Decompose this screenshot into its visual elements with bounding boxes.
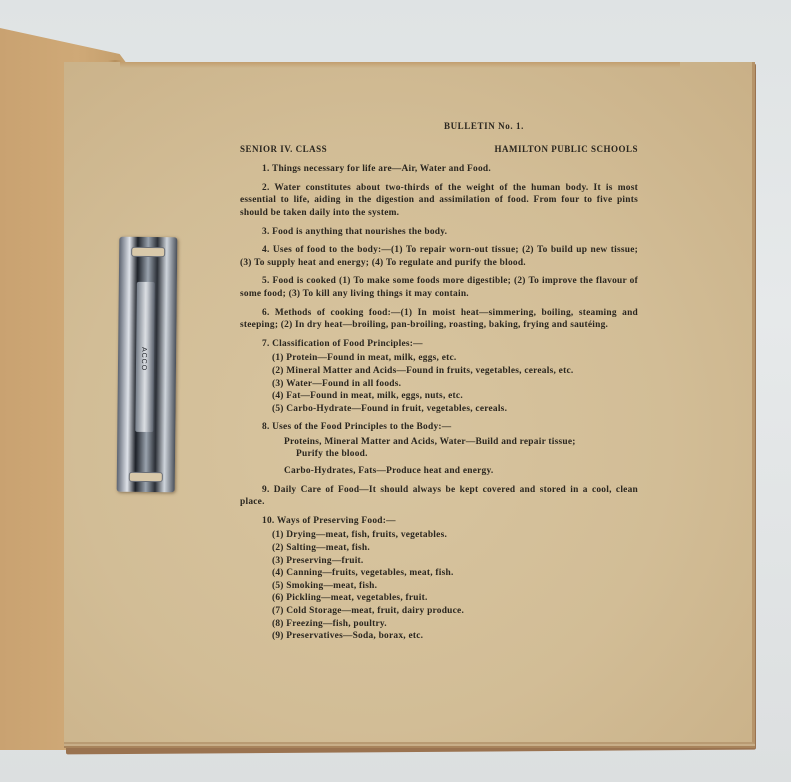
list-item: (6) Pickling—meat, vegetables, fruit. (272, 592, 638, 605)
bulletin-content: BULLETIN No. 1. SENIOR IV. CLASS HAMILTO… (240, 120, 638, 649)
item-6: 6. Methods of cooking food:—(1) In moist… (240, 307, 638, 332)
list-item: (2) Salting—meat, fish. (272, 542, 638, 555)
uses-line-2: Carbo-Hydrates, Fats—Produce heat and en… (284, 465, 638, 478)
list-item: (5) Carbo-Hydrate—Found in fruit, vegeta… (272, 403, 638, 416)
class-label: SENIOR IV. CLASS (240, 143, 327, 156)
item-2: 2. Water constitutes about two-thirds of… (240, 182, 638, 220)
list-item: (4) Fat—Found in meat, milk, eggs, nuts,… (272, 390, 638, 403)
school-name: HAMILTON PUBLIC SCHOOLS (494, 143, 638, 156)
food-principle-uses: Proteins, Mineral Matter and Acids, Wate… (240, 436, 638, 478)
item-1: 1. Things necessary for life are—Air, Wa… (240, 163, 638, 176)
preserving-methods-list: (1) Drying—meat, fish, fruits, vegetable… (272, 529, 638, 642)
list-item: (3) Preserving—fruit. (272, 555, 638, 568)
uses-line-1: Proteins, Mineral Matter and Acids, Wate… (284, 436, 638, 461)
list-item: (1) Protein—Found in meat, milk, eggs, e… (272, 352, 638, 365)
header-row: SENIOR IV. CLASS HAMILTON PUBLIC SCHOOLS (240, 143, 638, 156)
uses-line-1-continuation: Purify the blood. (284, 448, 638, 461)
list-item: (8) Freezing—fish, poultry. (272, 618, 638, 631)
list-item: (1) Drying—meat, fish, fruits, vegetable… (272, 529, 638, 542)
list-item: (3) Water—Found in all foods. (272, 378, 638, 391)
item-3: 3. Food is anything that nourishes the b… (240, 226, 638, 239)
list-item: (9) Preservatives—Soda, borax, etc. (272, 630, 638, 643)
item-10-heading: 10. Ways of Preserving Food:— (240, 515, 638, 528)
item-9: 9. Daily Care of Food—It should always b… (240, 484, 638, 509)
uses-line-1-text: Proteins, Mineral Matter and Acids, Wate… (284, 437, 576, 447)
list-item: (4) Canning—fruits, vegetables, meat, fi… (272, 567, 638, 580)
bulletin-title: BULLETIN No. 1. (330, 120, 638, 133)
item-5: 5. Food is cooked (1) To make some foods… (240, 275, 638, 300)
item-7-heading: 7. Classification of Food Principles:— (240, 338, 638, 351)
list-item: (7) Cold Storage—meat, fruit, dairy prod… (272, 605, 638, 618)
list-item: (5) Smoking—meat, fish. (272, 580, 638, 593)
paper-fastener-clip: ACCO (117, 237, 178, 493)
food-principles-list: (1) Protein—Found in meat, milk, eggs, e… (272, 352, 638, 415)
list-item: (2) Mineral Matter and Acids—Found in fr… (272, 365, 638, 378)
fastener-stamp: ACCO (140, 347, 147, 371)
item-4: 4. Uses of food to the body:—(1) To repa… (240, 244, 638, 269)
item-8-heading: 8. Uses of the Food Principles to the Bo… (240, 421, 638, 434)
page-top-edge (120, 62, 680, 68)
